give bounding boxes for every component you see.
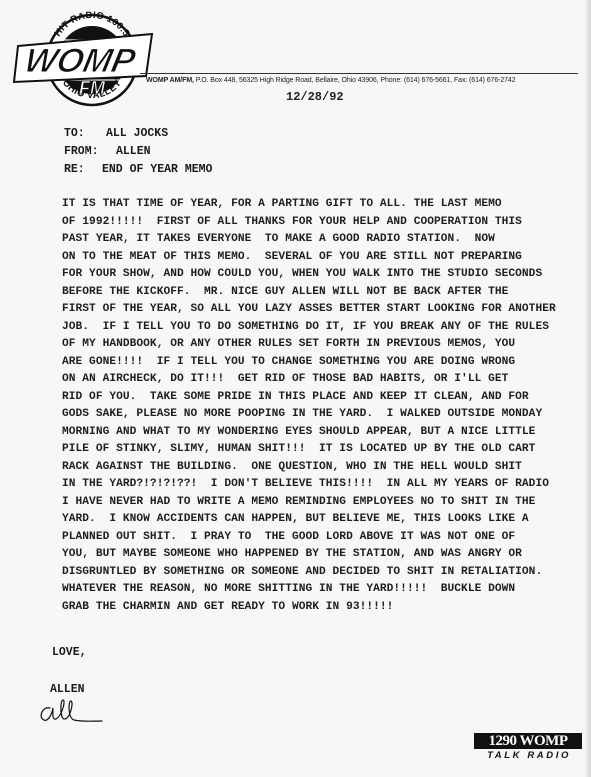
talk-radio-logo: 1290 WOMP TALK RADIO [474,733,582,763]
memo-body-line: IN THE YARD?!?!?!??! I DON'T BELIEVE THI… [62,476,587,494]
page-edge-shadow [585,0,591,777]
letterhead-rule [140,73,578,74]
memo-body-line: IT IS THAT TIME OF YEAR, FOR A PARTING G… [62,196,587,214]
memo-body-line: DISGRUNTLED BY SOMETHING OR SOMEONE AND … [62,564,587,582]
memo-body-line: FIRST OF THE YEAR, SO ALL YOU LAZY ASSES… [62,301,587,319]
memo-body-line: GODS SAKE, PLEASE NO MORE POOPING IN THE… [62,406,587,424]
memo-body-line: RID OF YOU. TAKE SOME PRIDE IN THIS PLAC… [62,389,587,407]
memo-header: TO: ALL JOCKS FROM: ALLEN RE: END OF YEA… [64,125,212,179]
womp-fm-logo-icon: HIT RADIO 100.5 OHIO VALLEY WOMP FM [12,4,162,109]
to-value: ALL JOCKS [106,125,168,143]
memo-re-row: RE: END OF YEAR MEMO [64,161,212,179]
signature-name: ALLEN [50,683,85,696]
memo-to-row: TO: ALL JOCKS [64,125,212,143]
memo-page: HIT RADIO 100.5 OHIO VALLEY WOMP FM WOMP… [0,0,591,777]
memo-body-line: FOR YOUR SHOW, AND HOW COULD YOU, WHEN Y… [62,266,587,284]
memo-body-line: OF MY HANDBOOK, OR ANY OTHER RULES SET F… [62,336,587,354]
footer-logo-main: 1290 WOMP [474,733,582,749]
re-label: RE: [64,161,102,179]
memo-body-line: RACK AGAINST THE BUILDING. ONE QUESTION,… [62,459,587,477]
letterhead-address: WOMP AM/FM, P.O. Box 448, 56325 High Rid… [146,77,516,84]
memo-from-row: FROM: ALLEN [64,143,212,161]
memo-body-line: YARD. I KNOW ACCIDENTS CAN HAPPEN, BUT B… [62,511,587,529]
address-line: P.O. Box 448, 56325 High Ridge Road, Bel… [194,77,516,84]
to-label: TO: [64,125,106,143]
memo-body-line: ON TO THE MEAT OF THIS MEMO. SEVERAL OF … [62,249,587,267]
memo-body-line: GRAB THE CHARMIN AND GET READY TO WORK I… [62,599,587,617]
station-name: WOMP AM/FM, [146,77,194,84]
memo-body-line: WHATEVER THE REASON, NO MORE SHITTING IN… [62,581,587,599]
memo-body-line: I HAVE NEVER HAD TO WRITE A MEMO REMINDI… [62,494,587,512]
memo-date: 12/28/92 [286,90,344,104]
footer-logo-sub: TALK RADIO [476,750,582,761]
memo-body-line: PLANNED OUT SHIT. I PRAY TO THE GOOD LOR… [62,529,587,547]
memo-body: IT IS THAT TIME OF YEAR, FOR A PARTING G… [62,196,587,616]
memo-body-line: OF 1992!!!!! FIRST OF ALL THANKS FOR YOU… [62,214,587,232]
from-label: FROM: [64,143,116,161]
handwritten-signature-icon [36,696,106,726]
svg-text:WOMP: WOMP [21,42,139,80]
memo-body-line: PILE OF STINKY, SLIMY, HUMAN SHIT!!! IT … [62,441,587,459]
re-value: END OF YEAR MEMO [102,161,212,179]
memo-body-line: ARE GONE!!!! IF I TELL YOU TO CHANGE SOM… [62,354,587,372]
from-value: ALLEN [116,143,151,161]
memo-body-line: MORNING AND WHAT TO MY WONDERING EYES SH… [62,424,587,442]
svg-text:FM: FM [79,78,106,98]
memo-body-line: PAST YEAR, IT TAKES EVERYONE TO MAKE A G… [62,231,587,249]
memo-body-line: YOU, BUT MAYBE SOMEONE WHO HAPPENED BY T… [62,546,587,564]
memo-body-line: JOB. IF I TELL YOU TO DO SOMETHING DO IT… [62,319,587,337]
memo-body-line: ON AN AIRCHECK, DO IT!!! GET RID OF THOS… [62,371,587,389]
memo-body-line: BEFORE THE KICKOFF. MR. NICE GUY ALLEN W… [62,284,587,302]
memo-closing: LOVE, [52,646,87,659]
